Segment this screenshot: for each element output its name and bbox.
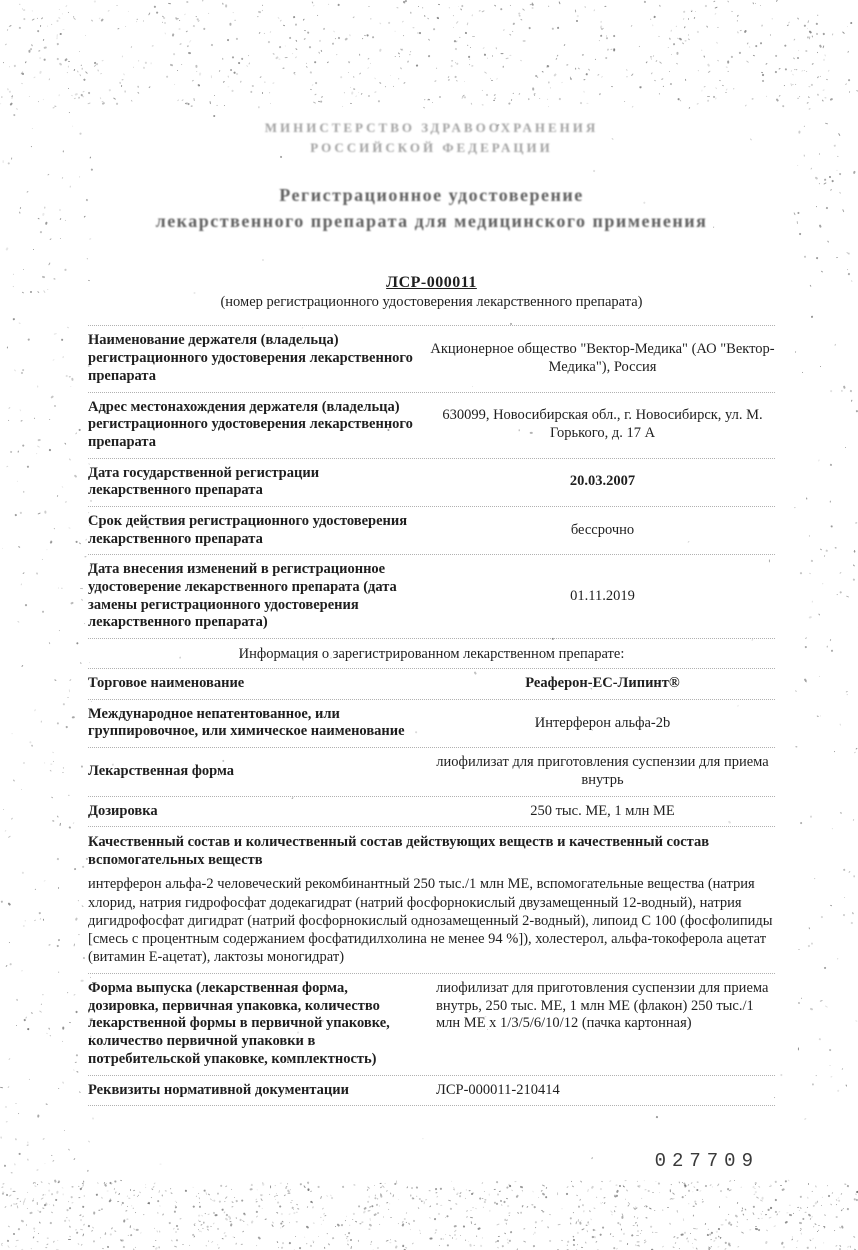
stamp-serial-number: 027709	[88, 1150, 775, 1172]
amendment-date-row: Дата внесения изменений в регистрационно…	[88, 554, 775, 638]
amendment-date-label: Дата внесения изменений в регистрационно…	[88, 561, 430, 632]
product-info-table: Торговое наименование Реаферон-ЕС-Липинт…	[88, 668, 775, 826]
document-title-line-2: лекарственного препарата для медицинског…	[88, 208, 775, 234]
release-form-label: Форма выпуска (лекарственная форма, дози…	[88, 980, 430, 1068]
normative-docs-value: ЛСР-000011-210414	[430, 1082, 775, 1100]
holder-table: Наименование держателя (владельца) регис…	[88, 325, 775, 638]
registration-number-caption: (номер регистрационного удостоверения ле…	[88, 294, 775, 311]
document-title: Регистрационное удостоверение лекарствен…	[88, 182, 775, 234]
inn-label: Международное непатентованное, или групп…	[88, 706, 430, 741]
registration-date-value: 20.03.2007	[430, 473, 775, 491]
trade-name-row: Торговое наименование Реаферон-ЕС-Липинт…	[88, 668, 775, 699]
validity-value: бессрочно	[430, 522, 775, 540]
composition-heading: Качественный состав и количественный сос…	[88, 826, 775, 871]
scan-noise-bottom	[0, 1180, 858, 1250]
registration-date-label: Дата государственной регистрации лекарст…	[88, 465, 430, 500]
ministry-line-1: МИНИСТЕРСТВО ЗДРАВООХРАНЕНИЯ	[88, 118, 775, 138]
document-content: МИНИСТЕРСТВО ЗДРАВООХРАНЕНИЯ РОССИЙСКОЙ …	[88, 0, 775, 1172]
product-info-heading: Информация о зарегистрированном лекарств…	[88, 638, 775, 668]
dosage-label: Дозировка	[88, 803, 430, 821]
document-page: МИНИСТЕРСТВО ЗДРАВООХРАНЕНИЯ РОССИЙСКОЙ …	[0, 0, 858, 1250]
normative-docs-row: Реквизиты нормативной документации ЛСР-0…	[88, 1075, 775, 1107]
holder-name-value: Акционерное общество "Вектор-Медика" (АО…	[430, 341, 775, 376]
validity-row: Срок действия регистрационного удостовер…	[88, 506, 775, 554]
holder-address-value: 630099, Новосибирская обл., г. Новосибир…	[430, 407, 775, 442]
document-title-line-1: Регистрационное удостоверение	[88, 182, 775, 208]
inn-row: Международное непатентованное, или групп…	[88, 699, 775, 747]
inn-value: Интерферон альфа-2b	[430, 715, 775, 733]
release-form-value: лиофилизат для приготовления суспензии д…	[430, 980, 775, 1033]
scan-noise-right	[792, 120, 858, 1100]
release-form-row: Форма выпуска (лекарственная форма, дози…	[88, 973, 775, 1074]
registration-date-row: Дата государственной регистрации лекарст…	[88, 458, 775, 506]
dosage-value: 250 тыс. МЕ, 1 млн МЕ	[430, 803, 775, 821]
ministry-line-2: РОССИЙСКОЙ ФЕДЕРАЦИИ	[88, 138, 775, 158]
normative-docs-label: Реквизиты нормативной документации	[88, 1082, 430, 1100]
trade-name-value: Реаферон-ЕС-Липинт®	[430, 675, 775, 693]
dosage-form-row: Лекарственная форма лиофилизат для приго…	[88, 747, 775, 795]
holder-name-row: Наименование держателя (владельца) регис…	[88, 325, 775, 391]
ministry-name: МИНИСТЕРСТВО ЗДРАВООХРАНЕНИЯ РОССИЙСКОЙ …	[88, 118, 775, 158]
registration-number: ЛСР-000011	[88, 274, 775, 292]
composition-text: интерферон альфа-2 человеческий рекомбин…	[88, 871, 775, 973]
dosage-form-label: Лекарственная форма	[88, 763, 430, 781]
holder-address-row: Адрес местонахождения держателя (владель…	[88, 392, 775, 458]
dosage-form-value: лиофилизат для приготовления суспензии д…	[430, 754, 775, 789]
holder-name-label: Наименование держателя (владельца) регис…	[88, 332, 430, 385]
amendment-date-value: 01.11.2019	[430, 588, 775, 606]
holder-address-label: Адрес местонахождения держателя (владель…	[88, 399, 430, 452]
validity-label: Срок действия регистрационного удостовер…	[88, 513, 430, 548]
trade-name-label: Торговое наименование	[88, 675, 430, 693]
scan-noise-left	[0, 0, 92, 1250]
dosage-row: Дозировка 250 тыс. МЕ, 1 млн МЕ	[88, 796, 775, 827]
release-table: Форма выпуска (лекарственная форма, дози…	[88, 973, 775, 1106]
